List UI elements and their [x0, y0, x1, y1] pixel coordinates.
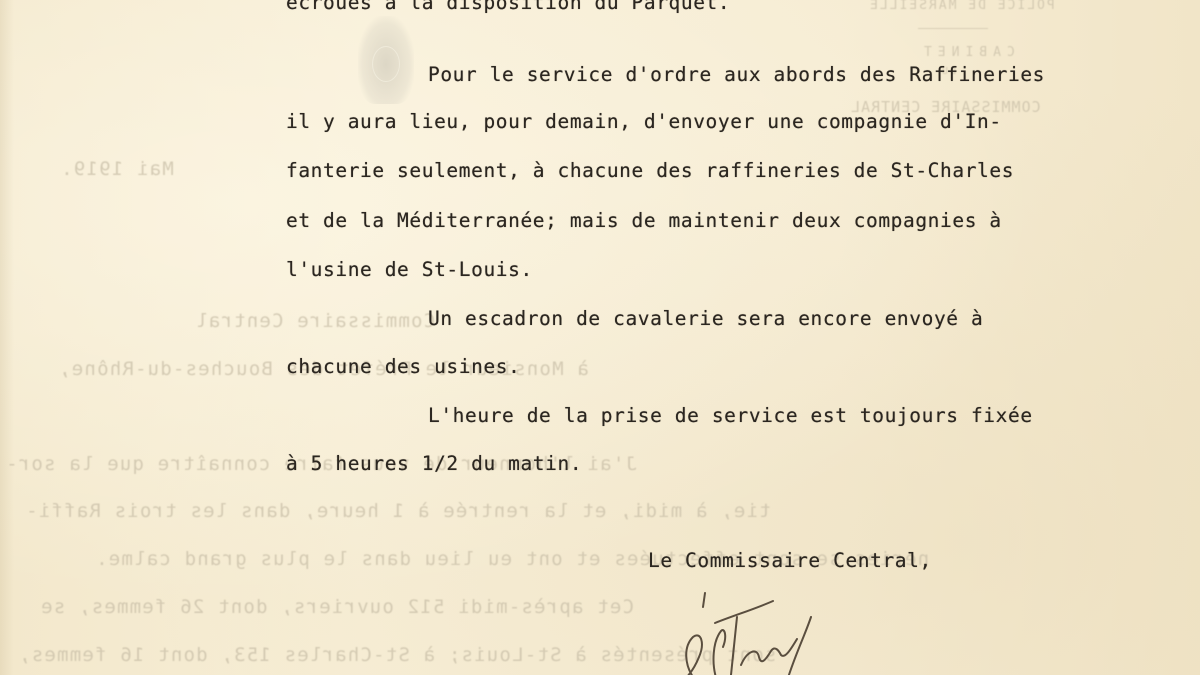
handwritten-signature	[665, 585, 925, 675]
embossed-seal	[358, 16, 414, 104]
bleed-line-7: sont présentés à St-Louis; à St-Charles …	[18, 644, 776, 666]
bleed-line-1: Commissaire Central	[195, 310, 435, 332]
bleed-rule	[918, 28, 988, 29]
bleed-date: Mai 1919.	[60, 158, 174, 180]
text-line-8: chacune des usines.	[286, 355, 520, 378]
text-line-5: et de la Méditerranée; mais de maintenir…	[286, 209, 1002, 232]
text-line-1: écroués à la disposition du Parquet.	[286, 0, 730, 14]
text-line-10: à 5 heures 1/2 du matin.	[286, 452, 582, 475]
text-line-3: il y aura lieu, pour demain, d'envoyer u…	[286, 110, 1002, 133]
paper-edge	[0, 0, 14, 675]
text-line-4: fanterie seulement, à chacune des raffin…	[286, 159, 1014, 182]
bleed-line-4: tie, à midi, et la rentrée à 1 heure, da…	[25, 500, 771, 522]
bleed-line-6: Cet après-midi 512 ouvriers, dont 26 fem…	[40, 596, 634, 618]
bleed-letterhead-cabinet: CABINET	[918, 45, 1015, 60]
bleed-letterhead-police: POLICE DE MARSEILLE	[868, 0, 1055, 13]
text-line-2: Pour le service d'ordre aux abords des R…	[428, 63, 1045, 86]
text-line-6: l'usine de St-Louis.	[286, 258, 533, 281]
text-line-9: L'heure de la prise de service est toujo…	[428, 404, 1033, 427]
signature-title: Le Commissaire Central,	[648, 549, 932, 572]
text-line-7: Un escadron de cavalerie sera encore env…	[428, 307, 983, 330]
